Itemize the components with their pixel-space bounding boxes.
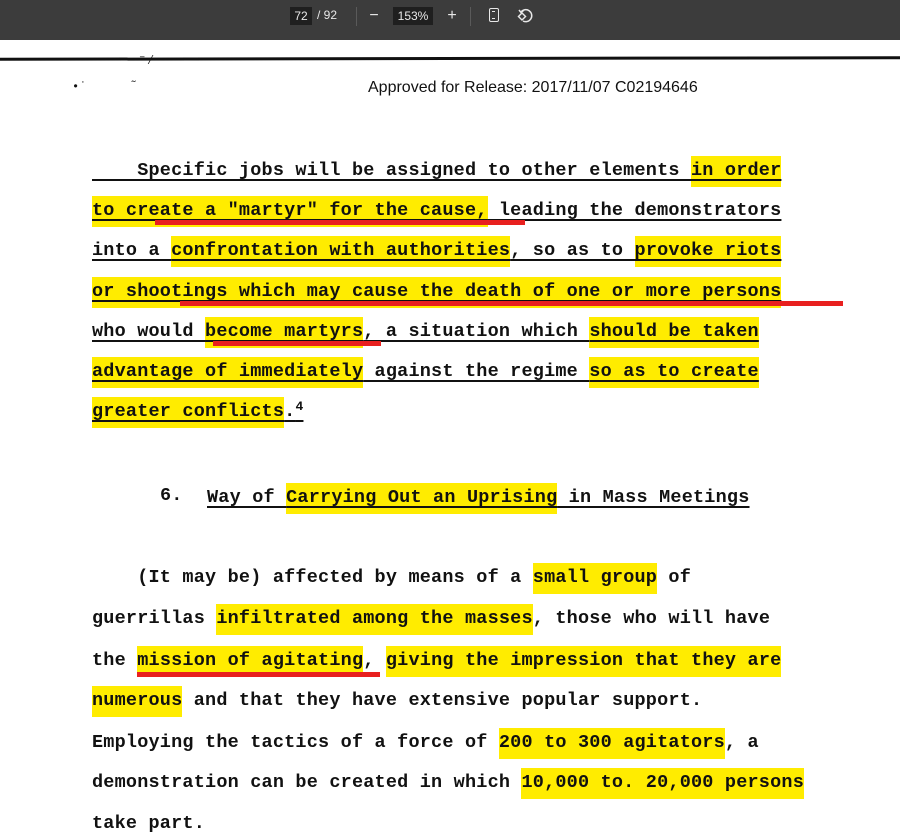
highlighted-text: Carrying Out an Uprising bbox=[286, 483, 557, 514]
text-line: or shootings which may cause the death o… bbox=[92, 281, 781, 302]
text-line: advantage of immediately against the reg… bbox=[92, 361, 759, 382]
text-line: Employing the tactics of a force of 200 … bbox=[92, 732, 759, 753]
fit-page-icon[interactable] bbox=[489, 8, 499, 22]
text-segment: of bbox=[657, 567, 691, 588]
text-segment: guerrillas bbox=[92, 608, 216, 629]
text-line: who would become martyrs, a situation wh… bbox=[92, 321, 759, 342]
highlighted-text: confrontation with authorities bbox=[171, 236, 510, 267]
page-total: / 92 bbox=[317, 8, 337, 22]
text-segment: Specific jobs will be assigned to other … bbox=[92, 160, 691, 181]
highlighted-text: infiltrated among the masses bbox=[216, 604, 532, 635]
red-annotation-underline bbox=[180, 301, 843, 306]
text-segment: , a situation which bbox=[363, 321, 589, 342]
text-segment: , those who will have bbox=[533, 608, 770, 629]
text-segment: and that they have extensive popular sup… bbox=[182, 690, 702, 711]
highlighted-text: 200 to 300 agitators bbox=[499, 728, 725, 759]
text-line: (It may be) affected by means of a small… bbox=[92, 567, 691, 588]
text-line: Specific jobs will be assigned to other … bbox=[92, 160, 781, 181]
text-line: Way of Carrying Out an Uprising in Mass … bbox=[207, 487, 750, 508]
text-line: greater conflicts.4 bbox=[92, 401, 303, 422]
scan-mark: ⁻⁄ bbox=[138, 52, 155, 69]
text-segment: who would bbox=[92, 321, 205, 342]
text-segment: (It may be) affected by means of a bbox=[92, 567, 533, 588]
highlighted-text: giving the impression that they are bbox=[386, 646, 782, 677]
highlighted-text: in order bbox=[691, 156, 781, 187]
text-segment: into a bbox=[92, 240, 171, 261]
red-annotation-underline bbox=[137, 672, 380, 677]
text-segment: against the regime bbox=[363, 361, 589, 382]
highlighted-text: should be taken bbox=[589, 317, 759, 348]
text-line: demonstration can be created in which 10… bbox=[92, 772, 804, 793]
highlighted-text: small group bbox=[533, 563, 657, 594]
text-segment: leading the demonstrators bbox=[488, 200, 782, 221]
highlighted-text: provoke riots bbox=[635, 236, 782, 267]
text-segment: , bbox=[363, 650, 386, 671]
highlighted-text: advantage of immediately bbox=[92, 357, 363, 388]
zoom-level-display[interactable]: 153% bbox=[393, 7, 433, 25]
text-segment: , a bbox=[725, 732, 759, 753]
page-number-input[interactable] bbox=[290, 7, 312, 25]
footnote-marker[interactable]: 4 bbox=[295, 399, 303, 414]
zoom-in-button[interactable]: + bbox=[443, 5, 461, 27]
text-segment: , so as to bbox=[510, 240, 634, 261]
section-number: 6. bbox=[160, 485, 183, 506]
red-annotation-underline bbox=[213, 341, 381, 346]
highlighted-text: greater conflicts bbox=[92, 397, 284, 428]
highlighted-text: numerous bbox=[92, 686, 182, 717]
text-line: take part. bbox=[92, 813, 205, 834]
scan-speck: ˜ bbox=[130, 79, 137, 93]
pdf-toolbar: / 92 − 153% + bbox=[0, 0, 900, 40]
text-line: the mission of agitating, giving the imp… bbox=[92, 650, 781, 671]
toolbar-divider bbox=[470, 7, 471, 26]
text-line: to create a "martyr" for the cause, lead… bbox=[92, 200, 781, 221]
text-segment: . bbox=[284, 401, 295, 422]
highlighted-text: so as to create bbox=[589, 357, 759, 388]
release-stamp: Approved for Release: 2017/11/07 C021946… bbox=[368, 79, 698, 97]
text-segment: the bbox=[92, 650, 137, 671]
red-annotation-underline bbox=[155, 220, 525, 225]
scan-speck: •˙ bbox=[72, 80, 86, 94]
zoom-out-button[interactable]: − bbox=[365, 5, 383, 27]
text-segment: take part. bbox=[92, 813, 205, 834]
text-line: guerrillas infiltrated among the masses,… bbox=[92, 608, 770, 629]
text-line: into a confrontation with authorities, s… bbox=[92, 240, 781, 261]
text-segment: in Mass Meetings bbox=[557, 487, 749, 508]
rotate-icon[interactable] bbox=[516, 6, 534, 24]
text-segment: Employing the tactics of a force of bbox=[92, 732, 499, 753]
text-segment: Way of bbox=[207, 487, 286, 508]
toolbar-divider bbox=[356, 7, 357, 26]
text-segment: demonstration can be created in which bbox=[92, 772, 521, 793]
highlighted-text: 10,000 to. 20,000 persons bbox=[521, 768, 804, 799]
text-line: numerous and that they have extensive po… bbox=[92, 690, 702, 711]
